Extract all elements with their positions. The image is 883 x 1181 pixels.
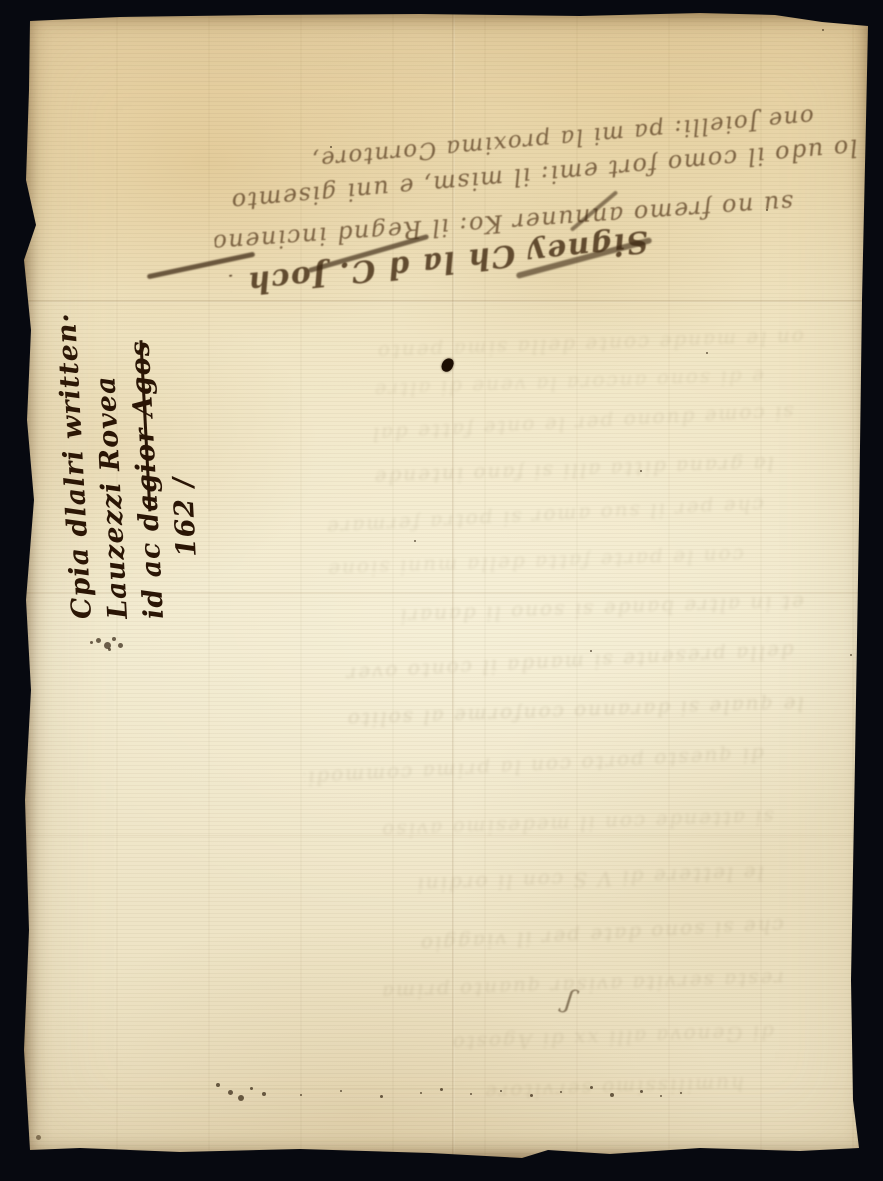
ink-speck xyxy=(250,1087,253,1090)
ink-speck xyxy=(640,470,642,472)
ink-speck xyxy=(118,643,123,648)
ink-speck xyxy=(380,1095,383,1098)
ink-speck xyxy=(530,1094,533,1097)
bleedthrough-text-line: resta servita avisar quanto prima xyxy=(324,967,785,1007)
ink-speck xyxy=(660,1095,662,1097)
horizontal-fold-crease-low xyxy=(24,835,869,837)
ink-speck xyxy=(414,540,416,542)
ink-speck xyxy=(238,1095,244,1101)
bleedthrough-text-line: con le parte fatta della muni sione xyxy=(224,544,745,586)
bleedthrough-text-line: che si sono date per il viaggio xyxy=(364,914,785,960)
ink-speck xyxy=(36,1135,41,1140)
ink-speck xyxy=(96,638,101,643)
ink-speck xyxy=(640,1090,643,1093)
ink-speck xyxy=(90,641,93,644)
ink-speck xyxy=(104,642,111,649)
manuscript-page: on le mande conte della sima pentoe di s… xyxy=(24,13,869,1159)
ink-speck xyxy=(590,1086,593,1089)
ink-blot xyxy=(440,357,455,374)
ink-speck xyxy=(108,648,111,651)
ink-speck xyxy=(440,1088,443,1091)
bleedthrough-text-line: di Genova alli xx di Agosto xyxy=(354,1021,775,1060)
bleedthrough-text-line: e di sono ancora la vene di altre xyxy=(204,365,764,409)
docket-line-3-text: id ac d xyxy=(133,511,170,620)
bleedthrough-text-line: on le mande conte della sima pento xyxy=(284,326,805,368)
ink-speck xyxy=(822,29,824,31)
bleedthrough-text-line: si come duono per le onte fatte dal xyxy=(254,401,795,453)
docket-line-3-struck-text: agior Agos xyxy=(124,339,164,512)
bleedthrough-text-line: di questo porto con la prima commodita xyxy=(304,743,765,791)
bleedthrough-text-line: la grana ditta alli si fano intende xyxy=(274,452,775,493)
bleedthrough-text-line: si attende con il medesimo aviso xyxy=(354,806,775,845)
ink-speck xyxy=(420,1092,422,1094)
ink-speck xyxy=(706,352,708,354)
bleedthrough-text-line: le lettere di V S con li ordini xyxy=(324,861,765,900)
bleedthrough-text-line: humilissimo servitore xyxy=(404,1072,745,1108)
ink-speck xyxy=(590,650,592,652)
photographed-manuscript-scan: on le mande conte della sima pentoe di s… xyxy=(0,0,883,1181)
ink-speck xyxy=(470,1093,472,1095)
ink-speck xyxy=(500,1090,502,1092)
ink-speck xyxy=(216,1083,220,1087)
ink-speck xyxy=(228,1090,233,1095)
ink-speck xyxy=(300,1094,302,1096)
bleedthrough-text-line: le quale si daranno conforme al solito xyxy=(324,693,805,734)
stray-pen-mark: ʃ xyxy=(562,985,577,1016)
bleedthrough-text-line: della presente si manda il conto over xyxy=(274,639,795,690)
ink-speck xyxy=(680,1092,682,1094)
horizontal-fold-crease-foot xyxy=(24,1088,869,1090)
bleedthrough-text-line: che per il suo amor si potra fermare xyxy=(324,494,765,541)
ink-speck xyxy=(850,654,852,656)
ink-speck xyxy=(340,1090,342,1092)
bleedthrough-text-line: et in altre bande si sono li danari xyxy=(344,591,805,631)
ink-speck xyxy=(610,1093,614,1097)
ink-speck xyxy=(262,1092,266,1096)
ink-speck xyxy=(112,637,116,641)
archival-docket-annotation: Cpia dlalri written· Lauzezzi Rovea id a… xyxy=(65,288,217,618)
ink-speck xyxy=(560,1091,562,1093)
